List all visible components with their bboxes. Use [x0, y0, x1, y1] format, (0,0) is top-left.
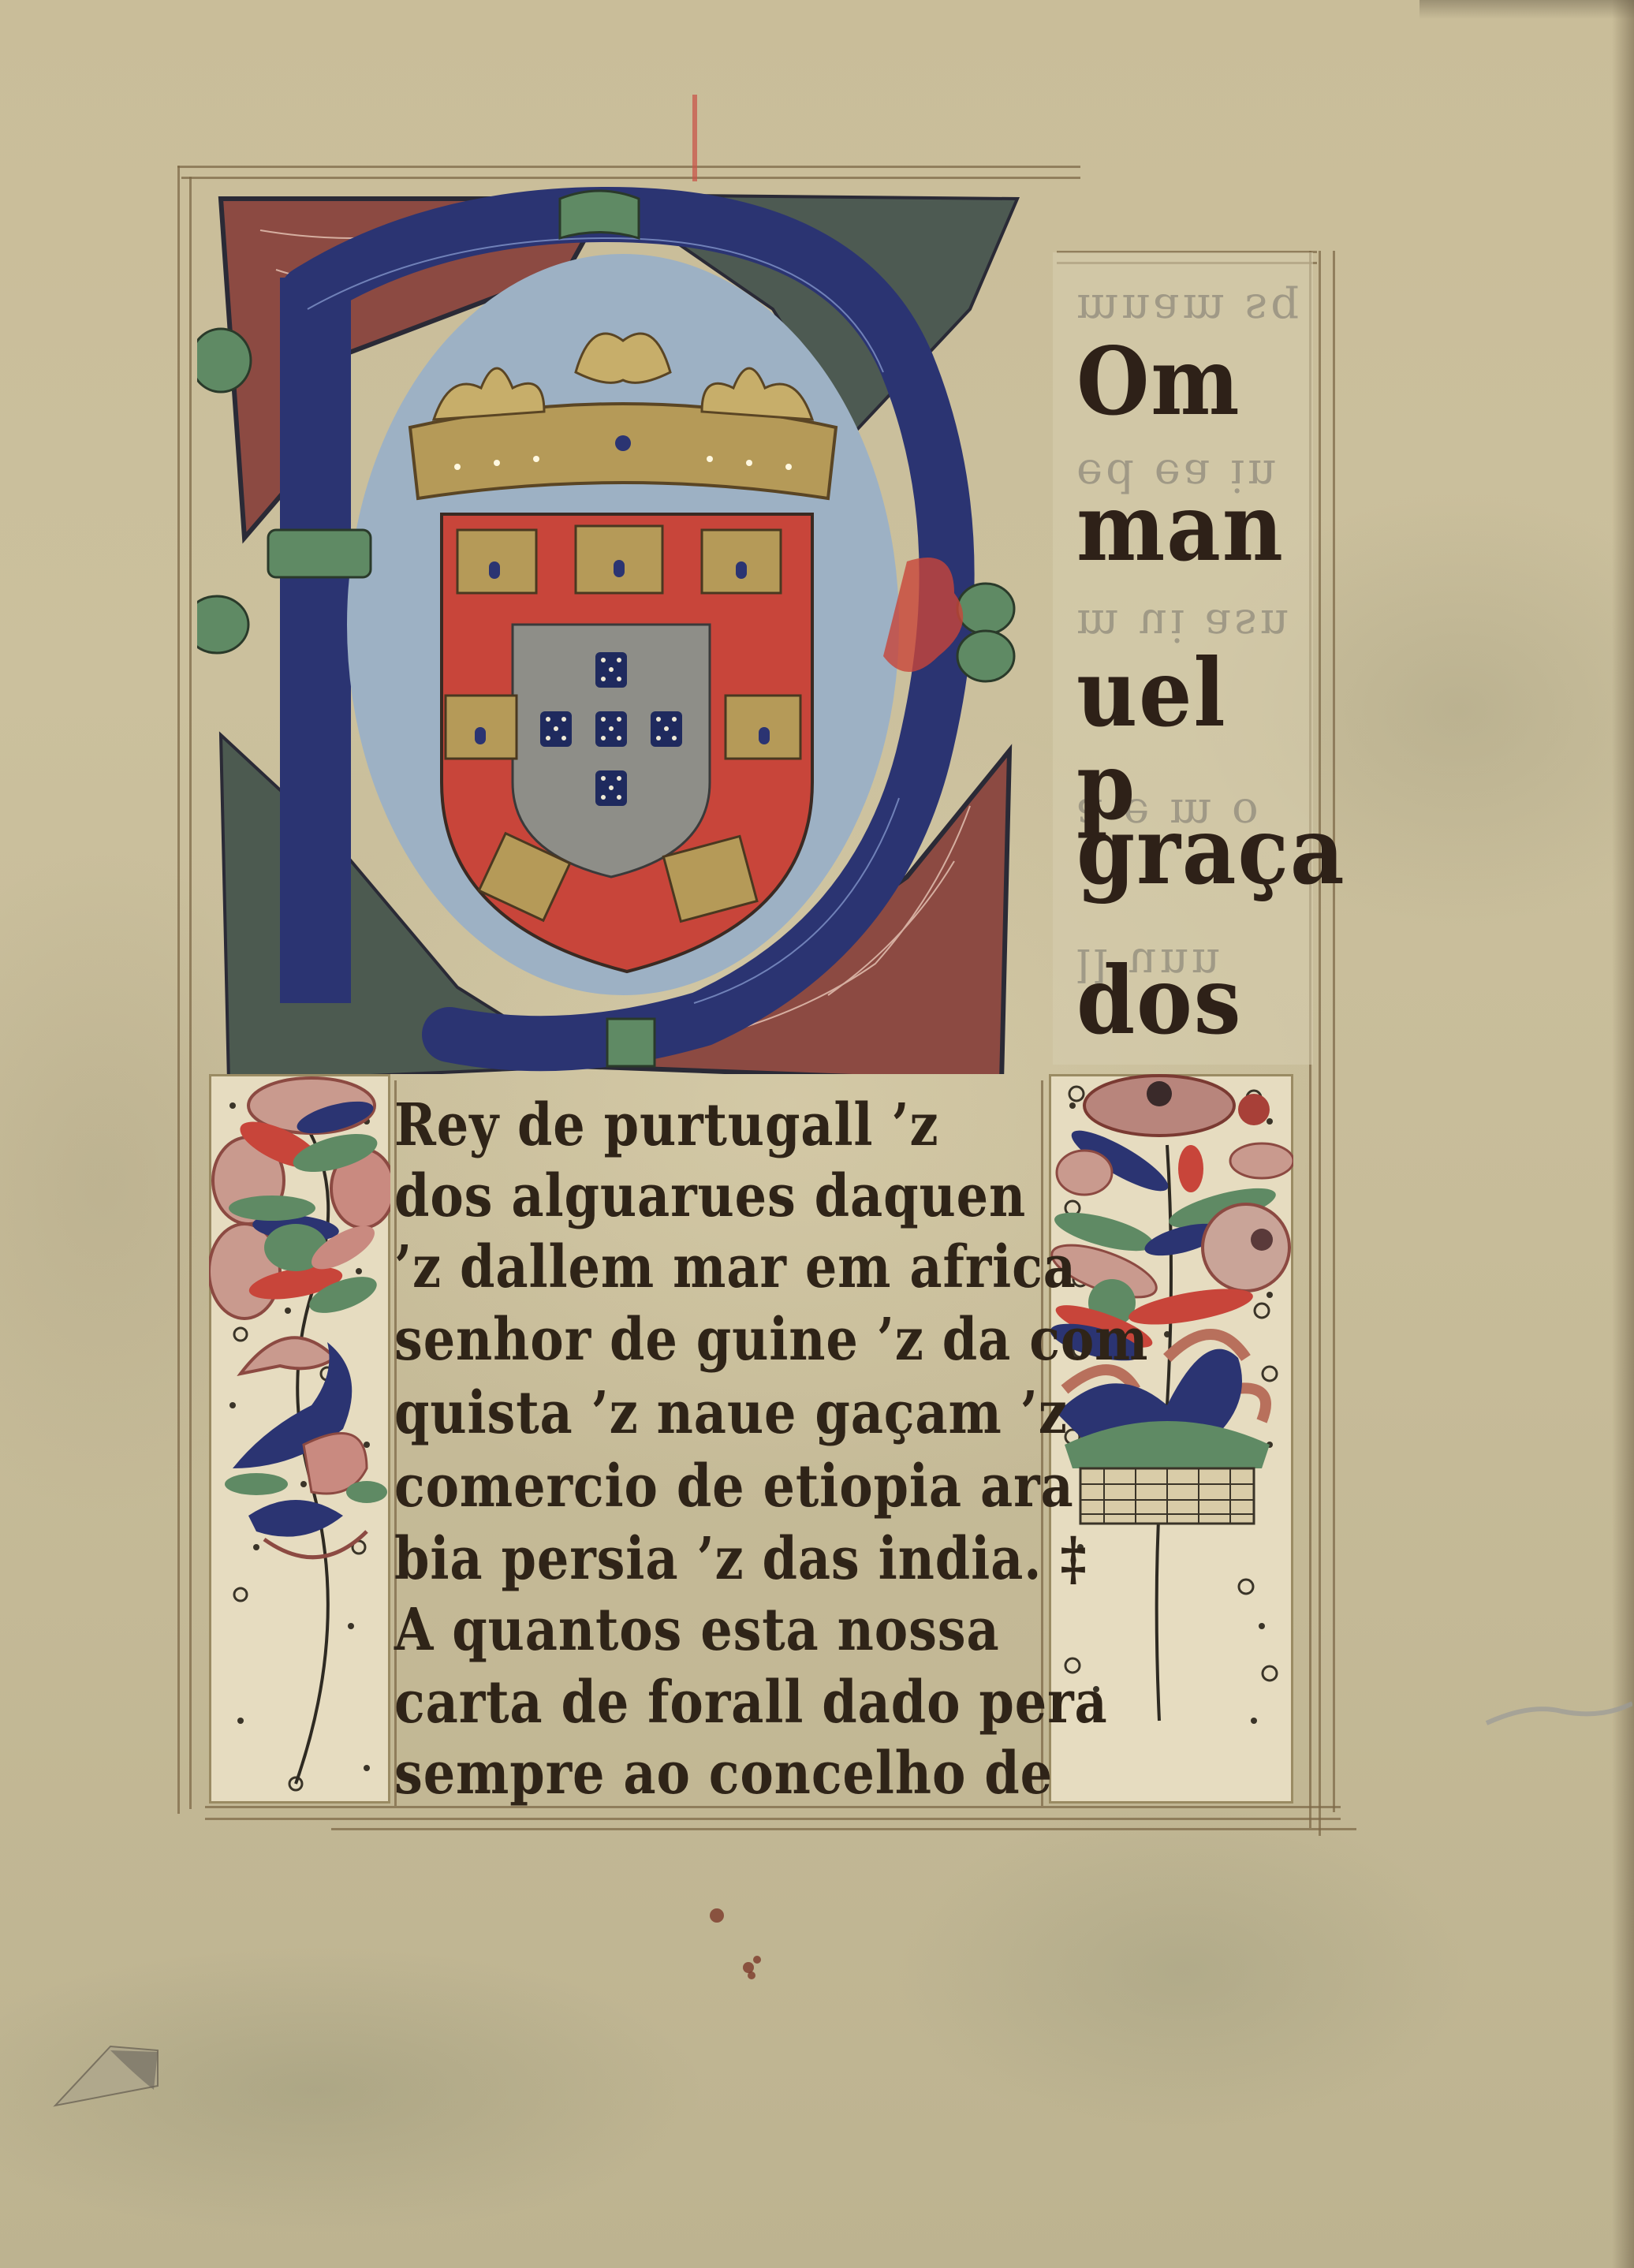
text-line-4: senhor de guine ’z da com	[394, 1311, 1148, 1369]
rubric-line-1: Om	[1076, 335, 1289, 428]
rubric-line-5: dos	[1076, 954, 1289, 1047]
text-line-10: sempre ao concelho de	[394, 1744, 1053, 1803]
text-line-2: dos alguarues daquen	[394, 1167, 1026, 1225]
ink-stain	[748, 1971, 755, 1979]
text-line-9: carta de forall dado pera	[394, 1673, 1108, 1732]
left-floral-border	[209, 1074, 390, 1804]
red-ink-mark	[692, 95, 697, 181]
parchment-tear	[47, 2027, 173, 2113]
rubric-column: mnam sq ed ea in m ui asn a e m o ll unn…	[1053, 252, 1313, 1065]
manuscript-page: mnam sq ed ea in m ui asn a e m o ll unn…	[0, 0, 1634, 2268]
text-line-1: Rey de purtugall ’z	[394, 1096, 938, 1155]
ink-stain	[753, 1956, 761, 1964]
parchment-crease	[1483, 1688, 1632, 1735]
rubric-line-4: graça	[1076, 804, 1289, 897]
ink-stain	[710, 1908, 724, 1923]
illuminated-initial-d	[197, 183, 1025, 1074]
rubric-line-2: man	[1076, 481, 1289, 574]
page-edge-shadow	[1612, 0, 1634, 2268]
text-line-7: bia persia ’z das india. ‡	[394, 1530, 1087, 1588]
text-line-8: A quantos esta nossa	[394, 1601, 1000, 1659]
text-line-6: comercio de etiopia ara	[394, 1457, 1074, 1516]
text-line-5: quista ’z naue gaçam ’z	[394, 1384, 1068, 1442]
page-edge-top	[1419, 0, 1634, 19]
text-line-3: ’z dallem mar em africa	[394, 1238, 1076, 1296]
